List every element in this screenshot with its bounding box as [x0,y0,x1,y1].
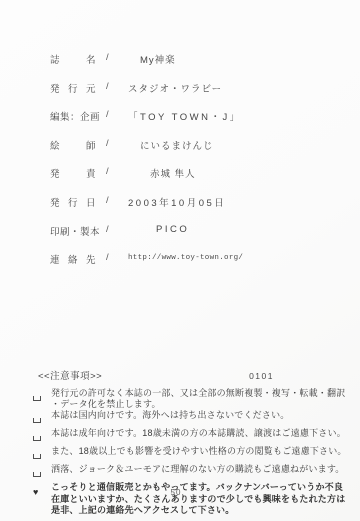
bullet-cell [33,446,44,464]
field-value: PICO [124,224,189,235]
notice-item: また、18歳以上でも影響を受けやすい性格の方の閲覧もご遠慮下さい。 [33,446,345,464]
slash-separator: / [106,109,118,120]
checkbox-bullet-icon [33,472,41,477]
colophon-row-printing: 印刷・製本 / PICO [50,224,340,253]
field-label: 印刷・製本 [50,224,96,238]
notice-line: 本誌は成年向けです。18歳未満の方の本誌購読、譲渡はご遠慮下さい。 [51,428,346,439]
field-label: 発行日 [50,195,96,209]
colophon-row-title: 誌名 / My神楽 [50,52,340,81]
notice-item: 本誌は成年向けです。18歳未満の方の本誌購読、譲渡はご遠慮下さい。 [33,428,345,446]
slash-separator: / [106,252,118,263]
slash-separator: / [106,52,118,63]
notice-line: また、18歳以上でも影響を受けやすい性格の方の閲覧もご遠慮下さい。 [51,446,347,457]
colophon-block: 誌名 / My神楽 発行元 / スタジオ・ワラビー 編集：企画 / 「TOY T… [50,52,340,281]
colophon-row-date: 発行日 / 2003年10月05日 [50,195,340,224]
notice-line: 本誌は国内向けです。海外へは持ち出さないでください。 [51,410,345,421]
notice-line: 洒落、ジョーク＆ユーモアに理解のない方の購読もご遠慮ねがいます。 [51,464,345,475]
field-label: 発行元 [50,81,96,95]
field-label: 絵師 [50,138,96,152]
contact-url: http://www.toy-town.org/ [124,252,243,262]
notices-header: <<注意事項>> 0101 [38,368,274,382]
checkbox-bullet-icon [33,436,41,441]
edition-code: 0101 [249,371,274,381]
slash-separator: / [106,224,118,235]
bullet-cell [33,464,44,482]
colophon-row-contact: 連絡先 / http://www.toy-town.org/ [50,252,340,281]
checkbox-bullet-icon [33,396,41,401]
checkbox-bullet-icon [33,418,41,423]
slash-separator: / [106,81,118,92]
notice-line: ・データ化を禁止します。 [51,399,345,410]
bullet-cell [33,388,44,410]
slash-separator: / [106,166,118,177]
field-label: 編集：企画 [50,109,96,123]
field-value: 赤城 隼人 [124,166,196,180]
colophon-row-responsible: 発責 / 赤城 隼人 [50,166,340,195]
colophon-row-artist: 絵師 / にいるまけんじ [50,138,340,167]
field-label: 発責 [50,166,96,180]
bullet-cell [33,410,44,428]
notices-title: <<注意事項>> [38,368,102,382]
notice-text: 本誌は成年向けです。18歳未満の方の本誌購読、譲渡はご遠慮下さい。 [51,428,346,446]
colophon-row-editing: 編集：企画 / 「TOY TOWN・J」 [50,109,340,138]
notice-text: 洒落、ジョーク＆ユーモアに理解のない方の購読もご遠慮ねがいます。 [51,464,345,482]
field-value: 2003年10月05日 [124,195,226,209]
notice-text: 発行元の許可なく本誌の一部、又は全部の無断複製・複写・転載・翻訳 ・データ化を禁… [51,388,345,410]
slash-separator: / [106,138,118,149]
page-number: 50 [0,488,352,497]
field-value: My神楽 [124,52,176,66]
bullet-cell [33,428,44,446]
scanned-colophon-page: 誌名 / My神楽 発行元 / スタジオ・ワラビー 編集：企画 / 「TOY T… [0,0,360,521]
notice-line: 是非、上記の連絡先へアクセスして下さい。 [51,505,345,516]
field-label: 連絡先 [50,252,96,266]
checkbox-bullet-icon [33,454,41,459]
notice-item: 洒落、ジョーク＆ユーモアに理解のない方の購読もご遠慮ねがいます。 [33,464,345,482]
slash-separator: / [106,195,118,206]
field-value: にいるまけんじ [124,138,214,152]
field-value: 「TOY TOWN・J」 [124,109,242,123]
notice-line: 発行元の許可なく本誌の一部、又は全部の無断複製・複写・転載・翻訳 [51,388,345,399]
notice-text: 本誌は国内向けです。海外へは持ち出さないでください。 [51,410,345,428]
notice-item: 発行元の許可なく本誌の一部、又は全部の無断複製・複写・転載・翻訳 ・データ化を禁… [33,388,345,410]
notice-text: また、18歳以上でも影響を受けやすい性格の方の閲覧もご遠慮下さい。 [51,446,347,464]
colophon-row-publisher: 発行元 / スタジオ・ワラビー [50,81,340,110]
notice-item: 本誌は国内向けです。海外へは持ち出さないでください。 [33,410,345,428]
field-label: 誌名 [50,52,96,66]
field-value: スタジオ・ワラビー [124,81,222,95]
